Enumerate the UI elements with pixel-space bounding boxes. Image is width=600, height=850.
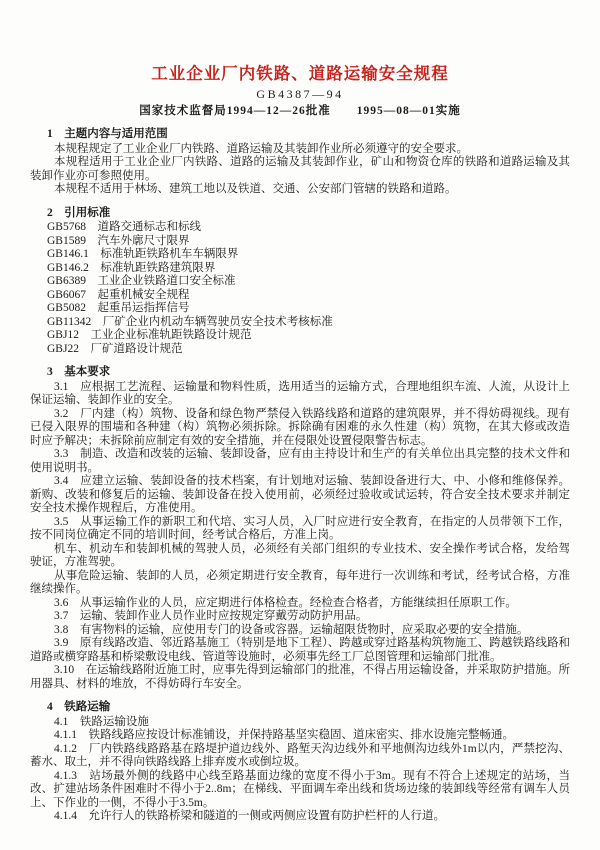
- clause-3-7: 3.7 运输、装卸作业人员作业时应按规定穿戴劳动防护用品。: [30, 610, 570, 624]
- section-railway-transport: 4 铁路运输 4.1 铁路运输设施 4.1.1 铁路线路应按设计标准铺设，并保持…: [30, 700, 570, 824]
- clause-4-1-3: 4.1.3 站场最外侧的线路中心线至路基面边缘的宽度不得小于3m。现有不符合上述…: [30, 770, 570, 811]
- reference-item: GB6067 起重机械安全规程: [47, 289, 570, 303]
- reference-item: GB146.1 标准轨距铁路机车车辆限界: [47, 248, 570, 262]
- standard-number: GB4387—94: [30, 87, 570, 101]
- clause-4-1-1: 4.1.1 铁路线路应按设计标准铺设，并保持路基坚实稳固、道床密实、排水设施完整…: [30, 729, 570, 743]
- clause-3-5: 3.5 从事运输工作的新职工和代培、实习人员，入厂时应进行安全教育，在指定的人员…: [30, 516, 570, 543]
- clause-4-1-2: 4.1.2 厂内铁路线路路基在路堤护道边线外、路堑天沟边线外和平地侧沟边线外1m…: [30, 743, 570, 770]
- reference-item: GB6389 工业企业铁路道口安全标准: [47, 275, 570, 289]
- reference-item: GB1589 汽车外廓尺寸限界: [47, 235, 570, 249]
- section-scope: 1 主题内容与适用范围 本规程规定了工业企业厂内铁路、道路运输及其装卸作业所必须…: [30, 127, 570, 197]
- section-basic-requirements: 3 基本要求 3.1 应根据工艺流程、运输量和物料性质，选用适当的运输方式，合理…: [30, 365, 570, 691]
- section3-heading: 3 基本要求: [30, 365, 570, 380]
- clause-3-3: 3.3 制造、改造和改装的运输、装卸设备，应有由主持设计和生产的有关单位出具完整…: [30, 448, 570, 475]
- section-references: 2 引用标准 GB5768 道路交通标志和标线 GB1589 汽车外廓尺寸限界 …: [30, 206, 570, 357]
- approval-text: 国家技术监督局1994—12—26批准: [139, 105, 331, 117]
- clause-3-9: 3.9 原有线路改造、邻近路基施工（特别是地下工程）、跨越或穿过路基构筑物施工、…: [30, 637, 570, 664]
- clause-3-10: 3.10 在运输线路附近施工时，应事先得到运输部门的批准，不得占用运输设备，并采…: [30, 664, 570, 691]
- reference-item: GB5768 道路交通标志和标线: [47, 221, 570, 235]
- reference-item: GBJ12 工业企业标准轨距铁路设计规范: [47, 329, 570, 343]
- reference-item: GB146.2 标准轨距铁路建筑限界: [47, 262, 570, 276]
- document-page: 工业企业厂内铁路、道路运输安全规程 GB4387—94 国家技术监督局1994—…: [0, 0, 600, 850]
- clause-3-2: 3.2 厂内建（构）筑物、设备和绿色物严禁侵入铁路线路和道路的建筑限界，并不得妨…: [30, 408, 570, 449]
- section2-heading: 2 引用标准: [30, 206, 570, 221]
- approval-line: 国家技术监督局1994—12—26批准1995—08—01实施: [30, 104, 570, 118]
- clause-3-4: 3.4 应建立运输、装卸设备的技术档案，有计划地对运输、装卸设备进行大、中、小修…: [30, 475, 570, 516]
- clause-3-8: 3.8 有害物料的运输，应使用专门的设备或容器。运输超限货物时，应采取必要的安全…: [30, 624, 570, 638]
- reference-item: GB5082 起重吊运指挥信号: [47, 302, 570, 316]
- reference-list: GB5768 道路交通标志和标线 GB1589 汽车外廓尺寸限界 GB146.1…: [30, 221, 570, 356]
- scope-paragraph: 本规程不适用于林场、建筑工地以及铁道、交通、公安部门管辖的铁路和道路。: [30, 183, 570, 197]
- reference-item: GB11342 厂矿企业内机动车辆驾驶员安全技术考核标准: [47, 316, 570, 330]
- scope-paragraph: 本规程适用于工业企业厂内铁路、道路的运输及其装卸作业，矿山和物资仓库的铁路和道路…: [30, 156, 570, 183]
- document-title: 工业企业厂内铁路、道路运输安全规程: [30, 64, 570, 84]
- document-header: 工业企业厂内铁路、道路运输安全规程 GB4387—94 国家技术监督局1994—…: [30, 64, 570, 118]
- clause-3-6: 3.6 从事运输作业的人员，应定期进行体格检查。经检查合格者，方能继续担任原职工…: [30, 597, 570, 611]
- clause-4-1: 4.1 铁路运输设施: [30, 716, 570, 730]
- implementation-text: 1995—08—01实施: [357, 105, 461, 117]
- clause-3-5-paragraph: 从事危险运输、装卸的人员，必须定期进行安全教育，每年进行一次训练和考试，经考试合…: [30, 570, 570, 597]
- clause-3-5-paragraph: 机车、机动车和装卸机械的驾驶人员，必须经有关部门组织的专业技术、安全操作考试合格…: [30, 543, 570, 570]
- reference-item: GBJ22 厂矿道路设计规范: [47, 343, 570, 357]
- clause-4-1-4: 4.1.4 允许行人的铁路桥梁和隧道的一侧或两侧应设置有防护栏杆的人行道。: [30, 810, 570, 824]
- clause-3-1: 3.1 应根据工艺流程、运输量和物料性质，选用适当的运输方式，合理地组织车流、人…: [30, 381, 570, 408]
- section1-heading: 1 主题内容与适用范围: [30, 127, 570, 142]
- scope-paragraph: 本规程规定了工业企业厂内铁路、道路运输及其装卸作业所必须遵守的安全要求。: [30, 143, 570, 157]
- section4-heading: 4 铁路运输: [30, 700, 570, 715]
